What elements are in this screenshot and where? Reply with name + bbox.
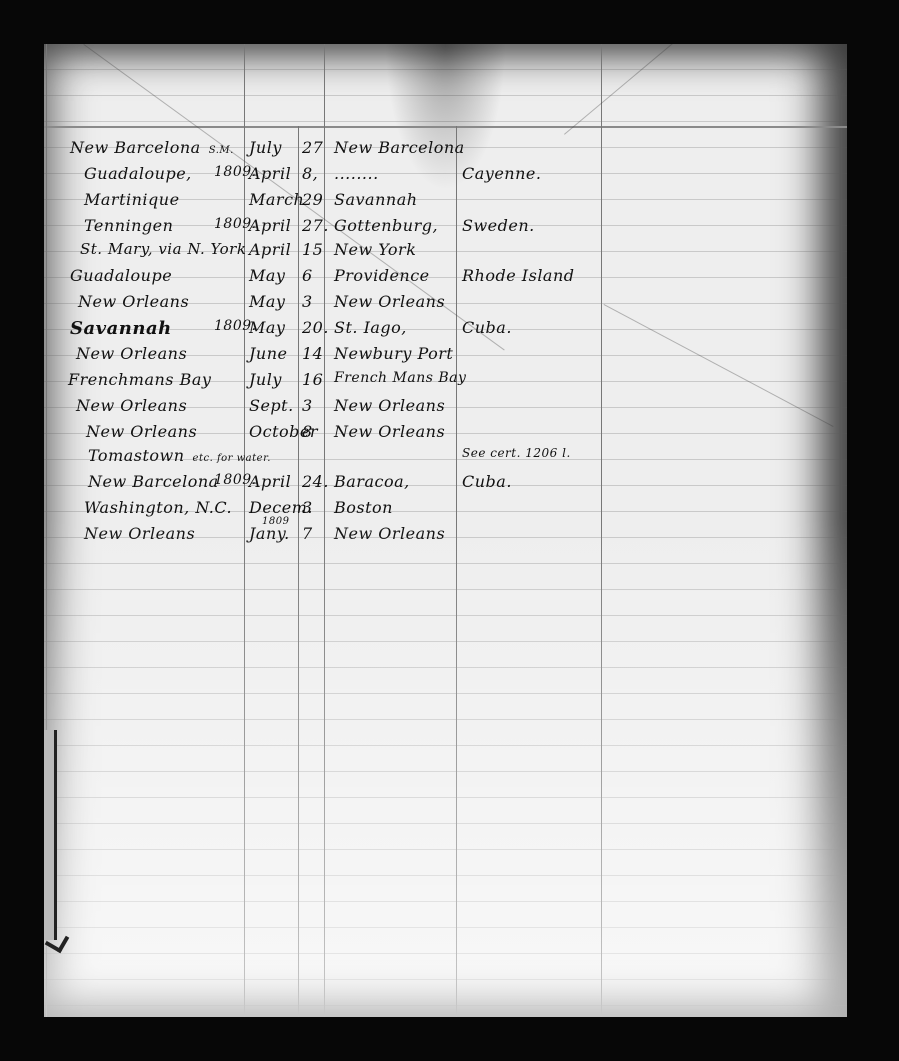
paper-fade	[44, 517, 847, 1017]
origin: Guadaloupe	[70, 266, 172, 285]
country: Cayenne.	[462, 164, 541, 183]
port: ........	[334, 164, 379, 183]
ledger-page: New BarcelonaS.M. July 27 New Barcelona …	[44, 44, 847, 1017]
origin: New Orleans	[84, 524, 195, 543]
day: 27	[302, 138, 323, 157]
port: New Orleans	[334, 524, 445, 543]
origin: New Orleans	[76, 344, 187, 363]
origin: Martinique	[84, 190, 180, 209]
ledger-row: New Orleans 1809 Jany. 7 New Orleans	[44, 524, 847, 550]
port: French Mans Bay	[334, 370, 466, 386]
ledger-row: New BarcelonaS.M. July 27 New Barcelona	[44, 138, 847, 164]
port: Boston	[334, 498, 393, 517]
port: Providence	[334, 266, 430, 285]
torn-edge	[44, 730, 57, 940]
month: June	[249, 344, 288, 363]
port: Baracoa,	[334, 472, 410, 491]
port: New Barcelona	[334, 138, 465, 157]
origin: Tenningen	[84, 216, 173, 235]
month: April	[249, 216, 291, 235]
ledger-row: New Orleans June 14 Newbury Port	[44, 344, 847, 370]
country: Rhode Island	[462, 266, 575, 285]
day: 3	[302, 292, 313, 311]
day: 3	[302, 396, 313, 415]
day: 20.	[302, 318, 329, 337]
port: Gottenburg,	[334, 216, 438, 235]
ledger-row: Washington, N.C. Decem. 3 Boston	[44, 498, 847, 524]
day: 27.	[302, 216, 329, 235]
ledger-row: Frenchmans Bay July 16 French Mans Bay	[44, 370, 847, 396]
day: 8	[302, 422, 313, 441]
origin: New Barcelona	[88, 472, 219, 491]
day: 6	[302, 266, 313, 285]
origin: New Orleans	[86, 422, 197, 441]
day: 14	[302, 344, 323, 363]
ledger-row: Tenningen 1809. April 27. Gottenburg, Sw…	[44, 216, 847, 242]
ledger-row: Tomastownetc. for water. See cert. 1206 …	[44, 446, 847, 472]
ledger-row: New Orleans Sept. 3 New Orleans	[44, 396, 847, 422]
bleed-through-line	[564, 44, 733, 135]
origin: New BarcelonaS.M.	[70, 138, 234, 157]
month: March	[249, 190, 304, 209]
day: 16	[302, 370, 323, 389]
month: May	[249, 292, 285, 311]
month: Jany.	[249, 524, 290, 543]
port: New Orleans	[334, 292, 445, 311]
day: 7	[302, 524, 313, 543]
country: Cuba.	[462, 472, 512, 491]
country: Cuba.	[462, 318, 512, 337]
month: April	[249, 240, 291, 259]
country: Sweden.	[462, 216, 535, 235]
ledger-row: St. Mary, via N. York April 15 New York	[44, 240, 847, 266]
origin: New Orleans	[76, 396, 187, 415]
month: April	[249, 472, 291, 491]
port: New Orleans	[334, 396, 445, 415]
month: May	[249, 266, 285, 285]
ledger-row: Guadaloupe May 6 Providence Rhode Island	[44, 266, 847, 292]
country: See cert. 1206 l.	[462, 446, 571, 460]
origin: St. Mary, via N. York	[80, 240, 246, 258]
ledger-row: Martinique March 29 Savannah	[44, 190, 847, 216]
day: 15	[302, 240, 323, 259]
port: Savannah	[334, 190, 418, 209]
ledger-row: Guadaloupe, 1809. April 8, ........ Caye…	[44, 164, 847, 190]
month: July	[249, 370, 282, 389]
origin: New Orleans	[78, 292, 189, 311]
ledger-row: New Orleans May 3 New Orleans	[44, 292, 847, 318]
origin: Washington, N.C.	[84, 498, 232, 517]
day: 24.	[302, 472, 329, 491]
origin: Tomastownetc. for water.	[88, 446, 271, 465]
port: New Orleans	[334, 422, 445, 441]
header-rule	[44, 126, 847, 128]
ledger-row: New Barcelona 1809. April 24. Baracoa, C…	[44, 472, 847, 498]
month: April	[249, 164, 291, 183]
port: St. Iago,	[334, 318, 407, 337]
month: July	[249, 138, 282, 157]
month: May	[249, 318, 285, 337]
origin: Guadaloupe,	[84, 164, 192, 183]
ledger-row: New Orleans October 8 New Orleans	[44, 422, 847, 448]
origin: Frenchmans Bay	[68, 370, 211, 389]
month: Sept.	[249, 396, 294, 415]
day: 3	[302, 498, 313, 517]
day: 8,	[302, 164, 318, 183]
origin: Savannah	[70, 318, 172, 339]
day: 29	[302, 190, 323, 209]
ledger-row: Savannah 1809. May 20. St. Iago, Cuba.	[44, 318, 847, 344]
port: Newbury Port	[334, 344, 453, 363]
port: New York	[334, 240, 416, 259]
